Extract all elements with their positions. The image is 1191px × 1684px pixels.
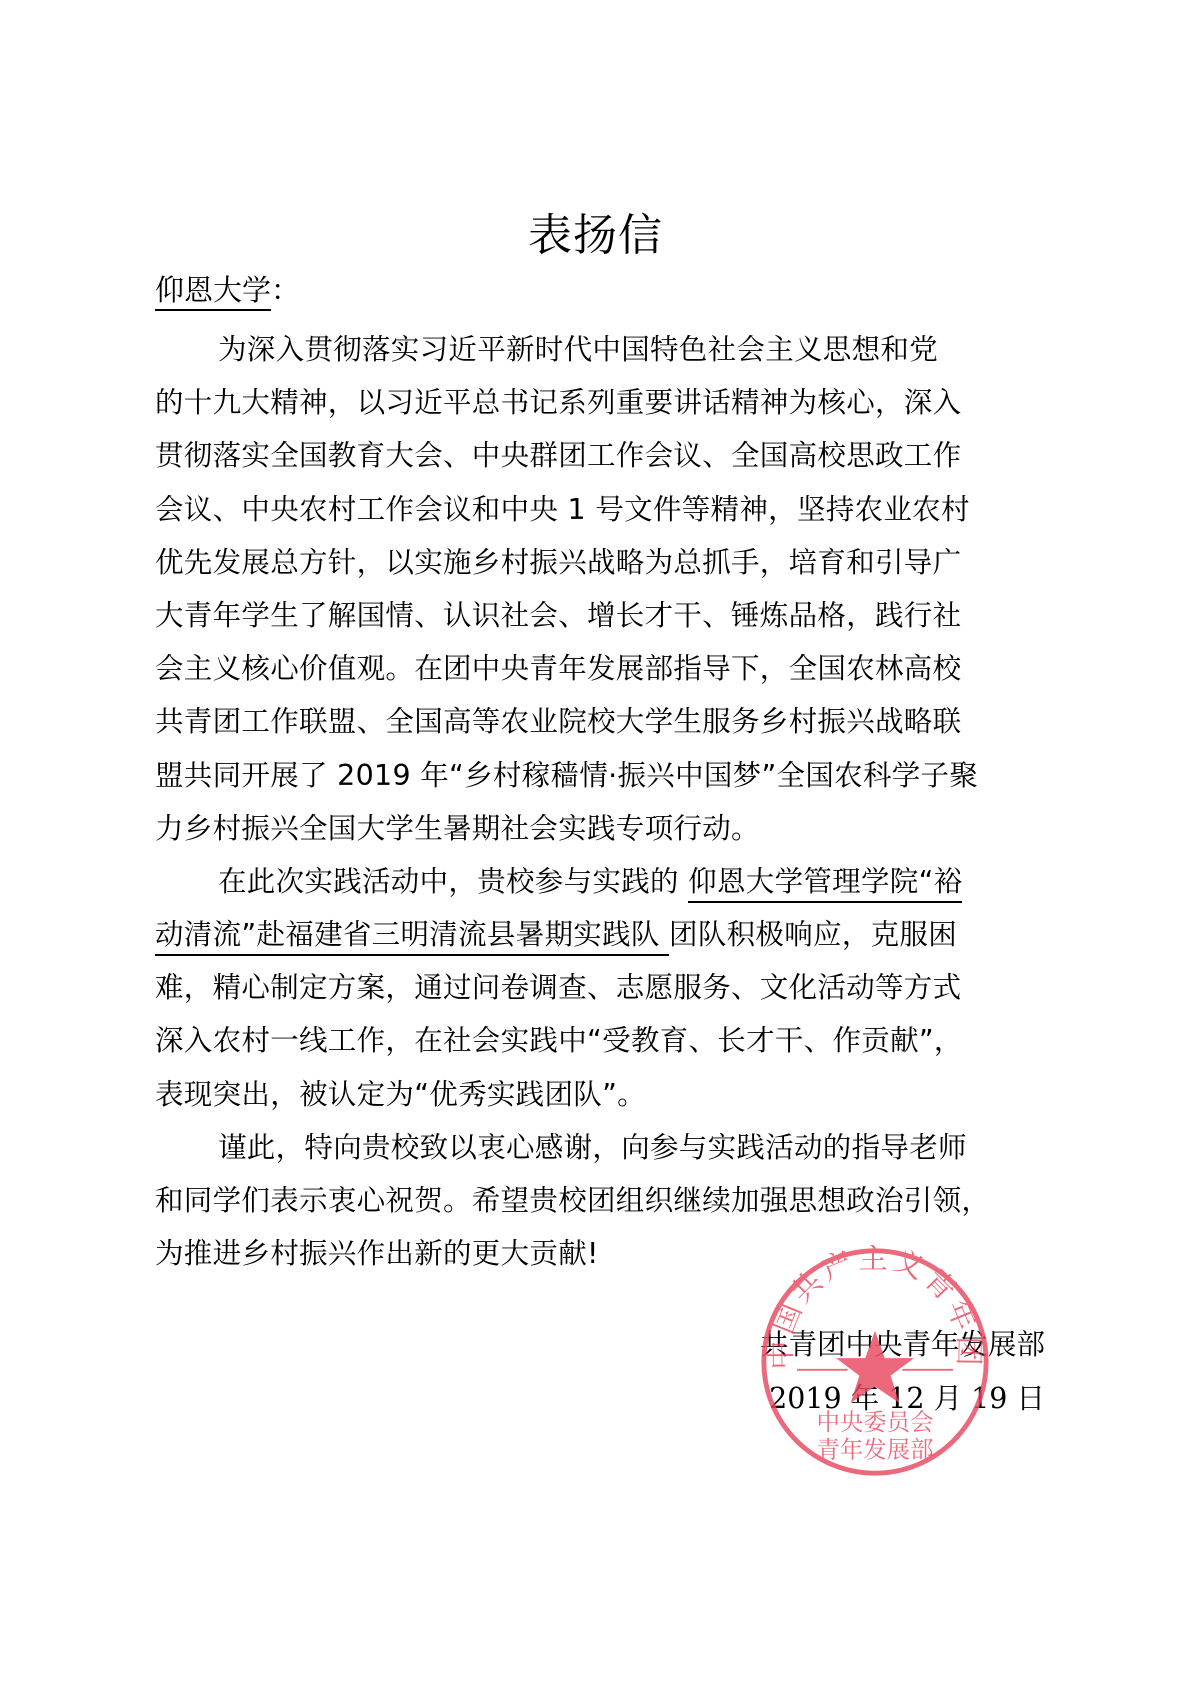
paragraph-1-line: 共青团工作联盟、全国高等农业院校大学生服务乡村振兴战略联 xyxy=(155,695,1045,748)
paragraph-2-line: 动清流”赴福建省三明清流县暑期实践队 团队积极响应，克服困 xyxy=(155,908,1045,961)
signature-block: 共青团中央青年发展部 2019 年 12 月 19 日 xyxy=(760,1318,1045,1426)
salutation-colon: ： xyxy=(271,273,300,307)
letter-body: 为深入贯彻落实习近平新时代中国特色社会主义思想和党 的十九大精神，以习近平总书记… xyxy=(155,323,1045,1280)
paragraph-3-line: 和同学们表示衷心祝贺。希望贵校团组织继续加强思想政治引领， xyxy=(155,1174,1045,1227)
paragraph-1-line: 贯彻落实全国教育大会、中央群团工作会议、全国高校思政工作 xyxy=(155,429,1045,482)
signature-organization: 共青团中央青年发展部 xyxy=(760,1318,1045,1372)
paragraph-1-line: 会议、中央农村工作会议和中央 1 号文件等精神，坚持农业农村 xyxy=(155,483,1045,536)
document-title: 表扬信 xyxy=(0,206,1191,266)
letter-page: 表扬信 仰恩大学： 为深入贯彻落实习近平新时代中国特色社会主义思想和党 的十九大… xyxy=(0,0,1191,1684)
paragraph-1-line: 为深入贯彻落实习近平新时代中国特色社会主义思想和党 xyxy=(155,323,1045,376)
paragraph-1-line: 优先发展总方针，以实施乡村振兴战略为总抓手，培育和引导广 xyxy=(155,536,1045,589)
paragraph-2-line: 难，精心制定方案，通过问卷调查、志愿服务、文化活动等方式 xyxy=(155,961,1045,1014)
paragraph-3-line: 为推进乡村振兴作出新的更大贡献! xyxy=(155,1227,1045,1280)
recipient-name: 仰恩大学 xyxy=(155,273,271,311)
paragraph-1-line: 大青年学生了解国情、认识社会、增长才干、锤炼品格，践行社 xyxy=(155,589,1045,642)
team-name-underlined: 仰恩大学管理学院“裕 xyxy=(688,865,962,903)
paragraph-2-prefix: 在此次实践活动中，贵校参与实践的 xyxy=(218,865,688,898)
paragraph-1-line: 力乡村振兴全国大学生暑期社会实践专项行动。 xyxy=(155,802,1045,855)
salutation: 仰恩大学： xyxy=(155,270,300,310)
stamp-bottom-line-2: 青年发展部 xyxy=(817,1436,934,1464)
paragraph-1-line: 会主义核心价值观。在团中央青年发展部指导下，全国农林高校 xyxy=(155,642,1045,695)
paragraph-1-line: 的十九大精神，以习近平总书记系列重要讲话精神为核心，深入 xyxy=(155,376,1045,429)
paragraph-2-line: 深入农村一线工作，在社会实践中“受教育、长才干、作贡献”， xyxy=(155,1014,1045,1067)
team-name-underlined: 动清流”赴福建省三明清流县暑期实践队 xyxy=(155,918,669,956)
signature-date: 2019 年 12 月 19 日 xyxy=(760,1372,1045,1426)
paragraph-2-line: 表现突出，被认定为“优秀实践团队”。 xyxy=(155,1068,1045,1121)
paragraph-2-line: 在此次实践活动中，贵校参与实践的 仰恩大学管理学院“裕 xyxy=(155,855,1045,908)
paragraph-3-line: 谨此，特向贵校致以衷心感谢，向参与实践活动的指导老师 xyxy=(155,1121,1045,1174)
paragraph-2-suffix: 团队积极响应，克服困 xyxy=(669,918,957,951)
paragraph-1-line: 盟共同开展了 2019 年“乡村稼穑情·振兴中国梦”全国农科学子聚 xyxy=(155,749,1045,802)
